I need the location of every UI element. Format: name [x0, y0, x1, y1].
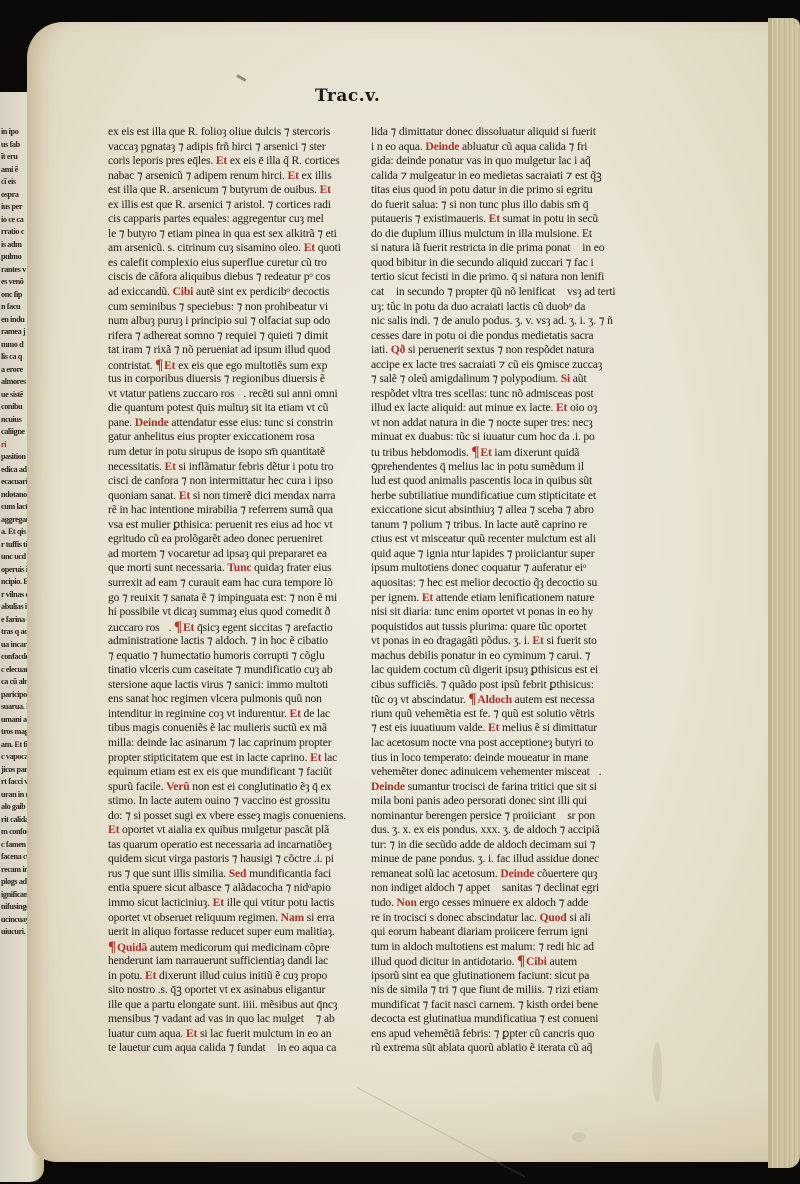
- rubricated-initial: Si: [561, 372, 570, 385]
- line-text: sito nostro .s. q̄ꝫ oportet vt ex asinab…: [108, 983, 325, 996]
- line-text: zuccaro rosᷓ.: [108, 621, 174, 634]
- rubricated-initial: Quod: [539, 911, 566, 924]
- line-text: tibus magis conueniẽs ẽ lac mulieris suc…: [108, 721, 327, 734]
- text-line: tibus magis conueniẽs ẽ lac mulieris suc…: [108, 721, 358, 736]
- rubricated-initial: Et: [480, 446, 491, 459]
- line-text-continued: cõuertere quȝ: [534, 867, 597, 880]
- text-line: qui eorum habeant diariam proiicere ferr…: [371, 925, 621, 940]
- line-text: minue de pane pondus. ʒ. i. fac illud as…: [371, 852, 599, 865]
- text-line: luatur cum aqua. Et si lac fuerit mulctu…: [108, 1027, 358, 1042]
- rubricated-initial: Et: [532, 634, 543, 647]
- line-text-continued: attendatur esse eius: tunc si constrin: [169, 416, 333, 429]
- line-text: vt ponas in eo dragagãti põdus. ʒ. i.: [371, 634, 532, 647]
- rubricated-initial: Nam: [281, 911, 304, 924]
- line-text: nominantur berengen persice ⁊ proiiciant…: [371, 809, 595, 822]
- line-text: rũ extrema sũt ablata quorũ ablatio ẽ it…: [371, 1041, 592, 1054]
- text-line: quoniam sanat. Et si non timerẽ dici men…: [108, 489, 358, 504]
- text-line: non indiget aldoch ⁊ appetᷓ sanitas ⁊ de…: [371, 881, 621, 896]
- text-line: gatur anhelitus eius propter exiccatione…: [108, 430, 358, 445]
- line-text: aquositas: ⁊ hec est melior decoctio q̃ȝ…: [371, 576, 597, 589]
- line-text: gatur anhelitus eius propter exiccatione…: [108, 430, 315, 443]
- rubricated-initial: Sed: [229, 867, 247, 880]
- text-line: vt vtatur patiens zuccaro rosᷓ. recẽti s…: [108, 387, 358, 402]
- text-line: ens sanat hoc regimen vlcera pulmonis qu…: [108, 692, 358, 707]
- line-text: ⁊ salẽ ⁊ oleũ amigdalinum ⁊ polypodium.: [371, 372, 561, 385]
- rubricated-initial: Et: [310, 751, 321, 764]
- line-text: pane.: [108, 416, 135, 429]
- line-text-continued: attende etiam lenificationem nature: [433, 591, 594, 604]
- line-text: es calefit complexio eius superflue cure…: [108, 256, 327, 269]
- text-line: illud ex lacte aliquid: aut minue ex lac…: [371, 401, 621, 416]
- line-text-continued: q̄sicȝ egent siccitas ⁊ arefactio: [194, 621, 332, 634]
- rubricated-initial: Et: [145, 969, 156, 982]
- line-text: ens apud vehemẽtiã febris: ⁊ ꝑpter cũ ca…: [371, 1027, 594, 1040]
- line-text: do: ⁊ si posset sugi ex vbere esseȝ magi…: [108, 809, 346, 822]
- line-text: cum seminibus ⁊ speciebus: ⁊ non prohibe…: [108, 300, 328, 313]
- paper-crease: [357, 1087, 525, 1177]
- text-line: exiccatione sicut absinthiuȝ ⁊ allea ⁊ s…: [371, 503, 621, 518]
- text-line: catᷓ in secundo ⁊ propter q̄ũ nõ lenific…: [371, 285, 621, 300]
- line-text-continued: ille qui vtitur potu lactis: [224, 896, 334, 909]
- text-line: ꝯprehendentes q̄ melius lac in potu sumẽ…: [371, 460, 621, 475]
- line-text: te lauetur cum aqua calida ⁊ fundatᷓ in …: [108, 1041, 336, 1054]
- line-text: hi possibile vt dicaȝ summaȝ eius quod c…: [108, 605, 330, 618]
- line-text: entia spuere sicut albasce ⁊ alãdacocha …: [108, 881, 331, 894]
- line-text: respõdet vltra tres scellas: tunc nõ adm…: [371, 387, 594, 400]
- line-text: propter stipticitatem que est in lacte c…: [108, 751, 310, 764]
- line-text-continued: si inflãmatur febris dẽtur i potu tro: [176, 460, 334, 473]
- text-line: spurũ facile. Verũ non est ei conglutina…: [108, 780, 358, 795]
- line-text: lac acetosum nocte vna post acceptioneȝ …: [371, 736, 593, 749]
- line-text: nic salis indi. ⁊ de anulo podus. ʒ. v. …: [371, 314, 613, 327]
- paper-stain: [572, 1132, 586, 1142]
- line-text: quoniam sanat.: [108, 489, 179, 502]
- line-text-continued: lac: [321, 751, 337, 764]
- text-line: rũ extrema sũt ablata quorũ ablatio ẽ it…: [371, 1041, 621, 1056]
- line-text: tus in corporibus diuersis ⁊ regionibus …: [108, 372, 325, 385]
- line-text-continued: dixerunt illud cuius initiũ ẽ cuȝ propo: [156, 969, 327, 982]
- line-text: ex illis est que R. arsenici ⁊ aristol. …: [108, 198, 331, 211]
- rubricated-initial: Et: [186, 1027, 197, 1040]
- text-line: gida: deinde ponatur vas in quo mulgetur…: [371, 154, 621, 169]
- rubricated-initial: Et: [216, 154, 227, 167]
- rubricated-initial: Et: [422, 591, 433, 604]
- line-text: exiccatione sicut absinthiuȝ ⁊ allea ⁊ s…: [371, 503, 594, 516]
- rubricated-initial: Et: [304, 241, 315, 254]
- text-line: uȝ: tũc in potu da duo acraiati lactis c…: [371, 300, 621, 315]
- line-text: intenditur in regimine coȝ vt indurentur…: [108, 707, 290, 720]
- pilcrow-icon: ¶: [471, 445, 479, 460]
- text-line: quid aque ⁊ ignia ntur lapides ⁊ proiici…: [371, 547, 621, 562]
- line-text: coris leporis pres eq̄les.: [108, 154, 216, 167]
- line-text: gida: deinde ponatur vas in quo mulgetur…: [371, 154, 591, 167]
- text-line: quod bibitur in die secundo aliquid zucc…: [371, 256, 621, 271]
- line-text: tas quarum operatio est necessaria ad in…: [108, 838, 332, 851]
- text-line: egritudo cũ ea prolõgarẽt adeo donec per…: [108, 532, 358, 547]
- line-text-continued: si lac fuerit mulctum in eo an: [197, 1027, 331, 1040]
- line-text: vt vtatur patiens zuccaro rosᷓ. recẽti s…: [108, 387, 338, 400]
- line-text: cis capparis partes equales: aggregentur…: [108, 212, 324, 225]
- line-text: tanum ⁊ polium ⁊ tribus. In lacte autẽ c…: [371, 518, 587, 531]
- line-text: si natura iã fuerit restricta in die pri…: [371, 241, 604, 254]
- text-line: cum seminibus ⁊ speciebus: ⁊ non prohibe…: [108, 300, 358, 315]
- text-line: intenditur in regimine coȝ vt indurentur…: [108, 707, 358, 722]
- line-text: oportet vt obseruet reliquum regimen.: [108, 911, 281, 924]
- text-line: tus in corporibus diuersis ⁊ regionibus …: [108, 372, 358, 387]
- text-line: vt ponas in eo dragagãti põdus. ʒ. i. Et…: [371, 634, 621, 649]
- line-text: go ⁊ reuixit ⁊ sanata ẽ ⁊ impinguata est…: [108, 591, 337, 604]
- line-text: cibus sufficiẽs. ⁊ quãdo post ipsũ febri…: [371, 678, 594, 691]
- text-line: mila boni panis adeo persorati donec sin…: [371, 794, 621, 809]
- line-text: rifera ⁊ adhereat somno ⁊ requiei ⁊ quie…: [108, 329, 328, 342]
- line-text: remaneat solũ lac acetosum.: [371, 867, 500, 880]
- text-line: tũc oȝ vt abscindatur. ¶Aldoch autem est…: [371, 692, 621, 707]
- rubricated-initial: Et: [165, 460, 176, 473]
- line-text: est illa que R. arsenicum ⁊ butyrum de o…: [108, 183, 320, 196]
- text-line: putaueris ⁊ existimaueris. Et sumat in p…: [371, 212, 621, 227]
- line-text: illud ex lacte aliquid: aut minue ex lac…: [371, 401, 556, 414]
- line-text-continued: aũt: [570, 372, 586, 385]
- text-line: do fuerit salua: ⁊ si non tunc plus illo…: [371, 198, 621, 213]
- pilcrow-icon: ¶: [517, 954, 525, 969]
- text-line: poquistidos aut tussis plurima: quare tũ…: [371, 620, 621, 635]
- text-line: accipe ex lacte tres sacraiati ⁊ cũ eis …: [371, 358, 621, 373]
- line-text: calida ⁊ mulgeatur in eo medietas sacrai…: [371, 169, 602, 182]
- text-line: respõdet vltra tres scellas: tunc nõ adm…: [371, 387, 621, 402]
- text-line: tum in aldoch multotiens est malum: ⁊ re…: [371, 940, 621, 955]
- text-line: ex eis est illa que R. folioȝ oliue dulc…: [108, 125, 358, 140]
- line-text: catᷓ in secundo ⁊ propter q̄ũ nõ lenific…: [371, 285, 616, 298]
- rubricated-initial: Non: [397, 896, 417, 909]
- line-text-continued: melius ẽ si dimittatur: [499, 721, 597, 734]
- line-text: le ⁊ butyro ⁊ etiam pinea in qua est sex…: [108, 227, 337, 240]
- text-line: vt non addat natura in die ⁊ nocte super…: [371, 416, 621, 431]
- text-line: stimo. In lacte autem ouino ⁊ vaccino es…: [108, 794, 358, 809]
- text-line: titas eius quod in potu datur in die pri…: [371, 183, 621, 198]
- rubricated-initial: Et: [489, 212, 500, 225]
- line-text: titas eius quod in potu datur in die pri…: [371, 183, 592, 196]
- line-text: egritudo cũ ea prolõgarẽt adeo donec per…: [108, 532, 322, 545]
- rubricated-initial: Qð: [391, 343, 406, 356]
- line-text: num albuȝ puruȝ i principio sui ⁊ olfaci…: [108, 314, 330, 327]
- line-text: mensibus ⁊ vadant ad vas in quo lac mulg…: [108, 1012, 335, 1025]
- text-line: uerit in aliquo fortasse reducet super e…: [108, 925, 358, 940]
- line-text-continued: si erra: [304, 911, 334, 924]
- rubricated-initial: Et: [488, 721, 499, 734]
- text-line: do: ⁊ si posset sugi ex vbere esseȝ magi…: [108, 809, 358, 824]
- line-text: am arsenicũ. s. citrinum cuȝ sisamino ol…: [108, 241, 304, 254]
- text-line: ⁊ salẽ ⁊ oleũ amigdalinum ⁊ polypodium. …: [371, 372, 621, 387]
- line-text: in potu.: [108, 969, 145, 982]
- text-line: nic salis indi. ⁊ de anulo podus. ʒ. v. …: [371, 314, 621, 329]
- text-line: ctius est vt misceatur quũ recenter mulc…: [371, 532, 621, 547]
- text-line: que morti sunt necessaria. Tunc quidaȝ f…: [108, 561, 358, 576]
- text-line: nis de simila ⁊ tri ⁊ que fiunt de milii…: [371, 983, 621, 998]
- text-line: ipsum multotiens donec coquatur ⁊ aufera…: [371, 561, 621, 576]
- text-line: am arsenicũ. s. citrinum cuȝ sisamino ol…: [108, 241, 358, 256]
- line-text: ad exiccandũ.: [108, 285, 173, 298]
- line-text: non indiget aldoch ⁊ appetᷓ sanitas ⁊ de…: [371, 881, 599, 894]
- text-line: go ⁊ reuixit ⁊ sanata ẽ ⁊ impinguata est…: [108, 591, 358, 606]
- text-line: nabac ⁊ arsenicũ ⁊ adipem renum hirci. E…: [108, 169, 358, 184]
- line-text-continued: ex eis que ego multotiẽs sum exp: [175, 359, 327, 372]
- fore-edge-pages: [771, 18, 800, 1168]
- line-text-continued: oportet vt aialia ex quibus mulgetur pas…: [119, 823, 329, 836]
- text-line: stersione aque lactis virus ⁊ sanici: im…: [108, 678, 358, 693]
- line-text-continued: mundificantia faci: [246, 867, 331, 880]
- paper-stain: [652, 1042, 662, 1102]
- line-text: ad mortem ⁊ vocaretur ad ipsaȝ qui prepa…: [108, 547, 327, 560]
- text-line: lida ⁊ dimittatur donec dissoluatur aliq…: [371, 125, 621, 140]
- line-text: uȝ: tũc in potu da duo acraiati lactis c…: [371, 300, 585, 313]
- text-line: tur: ⁊ in die secũdo adde de aldoch deci…: [371, 838, 621, 853]
- text-line: cesses dare in potu oi die pondus mediet…: [371, 329, 621, 344]
- text-line: ⁊ est eis iuuatiuum valde. Et melius ẽ s…: [371, 721, 621, 736]
- text-line: equinum etiam est ex eis que mundificant…: [108, 765, 358, 780]
- running-head: Trac.v.: [315, 86, 380, 106]
- text-line: zuccaro rosᷓ. ¶Et q̄sicȝ egent siccitas …: [108, 620, 358, 635]
- line-text-continued: ex eis ē illa q̃ R. cortices: [227, 154, 339, 167]
- line-text: tudo.: [371, 896, 397, 909]
- text-line: coris leporis pres eq̄les. Et ex eis ē i…: [108, 154, 358, 169]
- rubricated-initial: Et: [290, 707, 301, 720]
- line-text: tum in aldoch multotiens est malum: ⁊ re…: [371, 940, 594, 953]
- text-line: ille que a partu elongate sunt. iiii. mẽ…: [108, 998, 358, 1013]
- rubricated-initial: Cibi: [526, 955, 547, 968]
- line-text: decocta est glutinatiua mundificatiua ⁊ …: [371, 1012, 598, 1025]
- text-line: tudo. Non ergo cesses minuere ex aldoch …: [371, 896, 621, 911]
- text-line: do die duplum illius mulctum in illa mul…: [371, 227, 621, 242]
- line-text: dus. ʒ. x. ex eis pondus. xxx. ʒ. de ald…: [371, 823, 600, 836]
- rubricated-initial: Et: [183, 621, 194, 634]
- text-line: cis capparis partes equales: aggregentur…: [108, 212, 358, 227]
- line-text-continued: sumat in potu in secũ: [500, 212, 598, 225]
- line-text: cisci de canfora ⁊ non intermittatur hec…: [108, 474, 333, 487]
- text-line: es calefit complexio eius superflue cure…: [108, 256, 358, 271]
- text-line: nisi sit diaria: tunc enim oportet vt po…: [371, 605, 621, 620]
- line-text: tertio sicut fecisti in die primo. q̄ si…: [371, 270, 604, 283]
- text-column-left: ex eis est illa que R. folioȝ oliue dulc…: [108, 125, 358, 1056]
- line-text: ille que a partu elongate sunt. iiii. mẽ…: [108, 998, 337, 1011]
- line-text: illud quod dicitur in antidotario.: [371, 955, 517, 968]
- line-text-continued: ex illis: [299, 169, 332, 182]
- text-line: rum detur in potu sirupus de isopo sm̄ q…: [108, 445, 358, 460]
- line-text: nisi sit diaria: tunc enim oportet vt po…: [371, 605, 593, 618]
- ink-speck: [236, 74, 246, 82]
- line-text-continued: oio oȝ: [567, 401, 597, 414]
- text-line: vehemẽter donec adinuicem vehementer mis…: [371, 765, 621, 780]
- text-line: decocta est glutinatiua mundificatiua ⁊ …: [371, 1012, 621, 1027]
- rubricated-initial: Deinde: [425, 140, 459, 153]
- line-text: tũc oȝ vt abscindatur.: [371, 693, 468, 706]
- line-text: tur: ⁊ in die secũdo adde de aldoch deci…: [371, 838, 595, 851]
- text-line: tertio sicut fecisti in die primo. q̄ si…: [371, 270, 621, 285]
- line-text: re in trocisci s donec abscindatur lac.: [371, 911, 539, 924]
- line-text: lac quidem coctum cũ digerit ipsuȝ ꝑthis…: [371, 663, 598, 676]
- text-line: milla: deinde lac asinarum ⁊ lac caprinu…: [108, 736, 358, 751]
- line-text: tu tribus hebdomodis.: [371, 446, 471, 459]
- line-text: vehemẽter donec adinuicem vehementer mis…: [371, 765, 602, 778]
- text-line: pane. Deinde attendatur esse eius: tunc …: [108, 416, 358, 431]
- line-text: die quantum potest q̄uis multuȝ sit ita …: [108, 401, 328, 414]
- text-line: le ⁊ butyro ⁊ etiam pinea in qua est sex…: [108, 227, 358, 242]
- text-line: num albuȝ puruȝ i principio sui ⁊ olfaci…: [108, 314, 358, 329]
- rubricated-initial: Deinde: [371, 780, 405, 793]
- text-line: rẽ in hac intentione mirabilia ⁊ referre…: [108, 503, 358, 518]
- line-text: nabac ⁊ arsenicũ ⁊ adipem renum hirci.: [108, 169, 288, 182]
- line-text: necessitatis.: [108, 460, 165, 473]
- text-line: vaccaȝ pgnataȝ ⁊ adipis frñ hirci ⁊ arse…: [108, 140, 358, 155]
- line-text: henderunt iam narrauerunt sufficientiaȝ …: [108, 954, 328, 967]
- text-column-right: lida ⁊ dimittatur donec dissoluatur aliq…: [371, 125, 621, 1056]
- line-text-continued: iam dixerunt quidã: [492, 446, 580, 459]
- text-line: cibus sufficiẽs. ⁊ quãdo post ipsũ febri…: [371, 678, 621, 693]
- text-line: die quantum potest q̄uis multuȝ sit ita …: [108, 401, 358, 416]
- text-line: contristat. ¶Et ex eis que ego multotiẽs…: [108, 358, 358, 373]
- rubricated-initial: Et: [288, 169, 299, 182]
- text-line: aquositas: ⁊ hec est melior decoctio q̃ȝ…: [371, 576, 621, 591]
- text-line: minue de pane pondus. ʒ. i. fac illud as…: [371, 852, 621, 867]
- text-line: tu tribus hebdomodis. ¶Et iam dixerunt q…: [371, 445, 621, 460]
- line-text: quidem sicut virga pastoris ⁊ hausigi ⁊ …: [108, 852, 334, 865]
- line-text: surrexit ad eam ⁊ curauit eam hac cura t…: [108, 576, 333, 589]
- line-text: mundificat ⁊ facit nasci carnem. ⁊ kisth…: [371, 998, 598, 1011]
- line-text: luatur cum aqua.: [108, 1027, 186, 1040]
- rubricated-initial: Cibi: [173, 285, 194, 298]
- text-line: administratione lactis ⁊ aldoch. ⁊ in ho…: [108, 634, 358, 649]
- line-text: lida ⁊ dimittatur donec dissoluatur aliq…: [371, 125, 596, 138]
- text-line: ad mortem ⁊ vocaretur ad ipsaȝ qui prepa…: [108, 547, 358, 562]
- line-text: herbe subtiliatiue mundificatiue cum sti…: [371, 489, 596, 502]
- text-line: dus. ʒ. x. ex eis pondus. xxx. ʒ. de ald…: [371, 823, 621, 838]
- line-text: nis de simila ⁊ tri ⁊ que fiunt de milii…: [371, 983, 598, 996]
- line-text: uerit in aliquo fortasse reducet super e…: [108, 925, 335, 938]
- line-text: i n eo aqua.: [371, 140, 425, 153]
- rubricated-initial: Quidã: [117, 941, 147, 954]
- rubricated-initial: Et: [179, 489, 190, 502]
- line-text: machus debilis ponatur in eo cyminum ⁊ c…: [371, 649, 590, 662]
- line-text: ex eis est illa que R. folioȝ oliue dulc…: [108, 125, 330, 138]
- text-line: necessitatis. Et si inflãmatur febris dẽ…: [108, 460, 358, 475]
- line-text: immo sicut lacticiniuȝ.: [108, 896, 213, 909]
- line-text-continued: autẽ sint ex perdicibᵒ decoctis: [193, 285, 329, 298]
- line-text: minuat ex duabus: tũc si iuuatur cum hoc…: [371, 430, 595, 443]
- line-text: ciscis de cãfora aliquibus diebus ⁊ rede…: [108, 270, 330, 283]
- rubricated-initial: Et: [164, 359, 175, 372]
- text-line: sito nostro .s. q̄ꝫ oportet vt ex asinab…: [108, 983, 358, 998]
- line-text: que morti sunt necessaria.: [108, 561, 227, 574]
- line-text: ⁊ equatio ⁊ humectatio humoris corrupti …: [108, 649, 325, 662]
- text-line: ipsorũ sint ea que glutinationem faciunt…: [371, 969, 621, 984]
- rubricated-initial: Deinde: [500, 867, 534, 880]
- text-line: iati. Qð si peruenerit sextus ⁊ non resp…: [371, 343, 621, 358]
- text-line: ens apud vehemẽtiã febris: ⁊ ꝑpter cũ ca…: [371, 1027, 621, 1042]
- text-line: rium quũ vehemẽtia est fe. ⁊ quũ est sol…: [371, 707, 621, 722]
- text-line: lac acetosum nocte vna post acceptioneȝ …: [371, 736, 621, 751]
- rubricated-initial: Et: [213, 896, 224, 909]
- text-line: propter stipticitatem que est in lacte c…: [108, 751, 358, 766]
- line-text-continued: autem est necessa: [512, 693, 595, 706]
- text-line: oportet vt obseruet reliquum regimen. Na…: [108, 911, 358, 926]
- line-text: milla: deinde lac asinarum ⁊ lac caprinu…: [108, 736, 331, 749]
- line-text-continued: ergo cesses minuere ex aldoch ⁊ adde: [417, 896, 589, 909]
- text-line: mensibus ⁊ vadant ad vas in quo lac mulg…: [108, 1012, 358, 1027]
- text-line: illud quod dicitur in antidotario. ¶Cibi…: [371, 954, 621, 969]
- text-line: tinatio vlceris cum caseitate ⁊ mundific…: [108, 663, 358, 678]
- line-text: do fuerit salua: ⁊ si non tunc plus illo…: [371, 198, 588, 211]
- text-line: rus ⁊ que sunt illis similia. Sed mundif…: [108, 867, 358, 882]
- line-text: ens sanat hoc regimen vlcera pulmonis qu…: [108, 692, 322, 705]
- line-text: quid aque ⁊ ignia ntur lapides ⁊ proiici…: [371, 547, 594, 560]
- line-text: vsa est mulier ꝑthisica: peruenit res ei…: [108, 518, 333, 531]
- text-line: ¶Quidã autem medicorum qui medicinam cõp…: [108, 940, 358, 955]
- line-text: putaueris ⁊ existimaueris.: [371, 212, 489, 225]
- line-text: ipsorũ sint ea que glutinationem faciunt…: [371, 969, 589, 982]
- text-line: per ignem. Et attende etiam lenification…: [371, 591, 621, 606]
- text-line: calida ⁊ mulgeatur in eo medietas sacrai…: [371, 169, 621, 184]
- rubricated-initial: Deinde: [135, 416, 169, 429]
- text-line: i n eo aqua. Deinde abluatur cũ aqua cal…: [371, 140, 621, 155]
- line-text: per ignem.: [371, 591, 422, 604]
- rubricated-initial: Et: [556, 401, 567, 414]
- text-line: Deinde sumantur trocisci de farina triti…: [371, 780, 621, 795]
- rubricated-initial: Et: [320, 183, 331, 196]
- line-text-continued: autem: [547, 955, 577, 968]
- text-line: re in trocisci s donec abscindatur lac. …: [371, 911, 621, 926]
- line-text: tinatio vlceris cum caseitate ⁊ mundific…: [108, 663, 333, 676]
- text-line: rifera ⁊ adhereat somno ⁊ requiei ⁊ quie…: [108, 329, 358, 344]
- line-text-continued: si non timerẽ dici mendax narra: [190, 489, 335, 502]
- rubricated-initial: Et: [108, 823, 119, 836]
- line-text-continued: sumantur trocisci de farina tritici que …: [405, 780, 597, 793]
- line-text: accipe ex lacte tres sacraiati ⁊ cũ eis …: [371, 358, 602, 371]
- text-line: tius in loco temperato: deinde moueatur …: [371, 751, 621, 766]
- rubricated-initial: Aldoch: [477, 693, 512, 706]
- line-text: administratione lactis ⁊ aldoch. ⁊ in ho…: [108, 634, 328, 647]
- text-line: lud est quod animalis pascentis loca in …: [371, 474, 621, 489]
- pilcrow-icon: ¶: [468, 692, 476, 707]
- line-text: iati.: [371, 343, 391, 356]
- text-line: tas quarum operatio est necessaria ad in…: [108, 838, 358, 853]
- text-line: immo sicut lacticiniuȝ. Et ille qui vtit…: [108, 896, 358, 911]
- text-line: est illa que R. arsenicum ⁊ butyrum de o…: [108, 183, 358, 198]
- line-text-continued: quidaȝ frater eius: [251, 561, 331, 574]
- line-text: ipsum multotiens donec coquatur ⁊ aufera…: [371, 561, 586, 574]
- line-text: rẽ in hac intentione mirabilia ⁊ referre…: [108, 503, 333, 516]
- text-line: remaneat solũ lac acetosum. Deinde cõuer…: [371, 867, 621, 882]
- text-line: ciscis de cãfora aliquibus diebus ⁊ rede…: [108, 270, 358, 285]
- text-line: hi possibile vt dicaȝ summaȝ eius quod c…: [108, 605, 358, 620]
- line-text: ctius est vt misceatur quũ recenter mulc…: [371, 532, 596, 545]
- line-text-continued: abluatur cũ aqua calida ⁊ fri: [459, 140, 587, 153]
- text-line: machus debilis ponatur in eo cyminum ⁊ c…: [371, 649, 621, 664]
- rubricated-initial: Verũ: [166, 780, 189, 793]
- text-line: ad exiccandũ. Cibi autẽ sint ex perdicib…: [108, 285, 358, 300]
- text-line: tat iram ⁊ rixã ⁊ nõ perueniat ad ipsum …: [108, 343, 358, 358]
- text-line: quidem sicut virga pastoris ⁊ hausigi ⁊ …: [108, 852, 358, 867]
- line-text-continued: de lac: [301, 707, 330, 720]
- text-line: in potu. Et dixerunt illud cuius initiũ …: [108, 969, 358, 984]
- line-text-continued: quoti: [315, 241, 341, 254]
- text-line: herbe subtiliatiue mundificatiue cum sti…: [371, 489, 621, 504]
- line-text: ⁊ est eis iuuatiuum valde.: [371, 721, 488, 734]
- line-text: do die duplum illius mulctum in illa mul…: [371, 227, 592, 240]
- line-text: quod bibitur in die secundo aliquid zucc…: [371, 256, 594, 269]
- line-text: cesses dare in potu oi die pondus mediet…: [371, 329, 593, 342]
- text-line: entia spuere sicut albasce ⁊ alãdacocha …: [108, 881, 358, 896]
- text-line: ex illis est que R. arsenici ⁊ aristol. …: [108, 198, 358, 213]
- text-line: cisci de canfora ⁊ non intermittatur hec…: [108, 474, 358, 489]
